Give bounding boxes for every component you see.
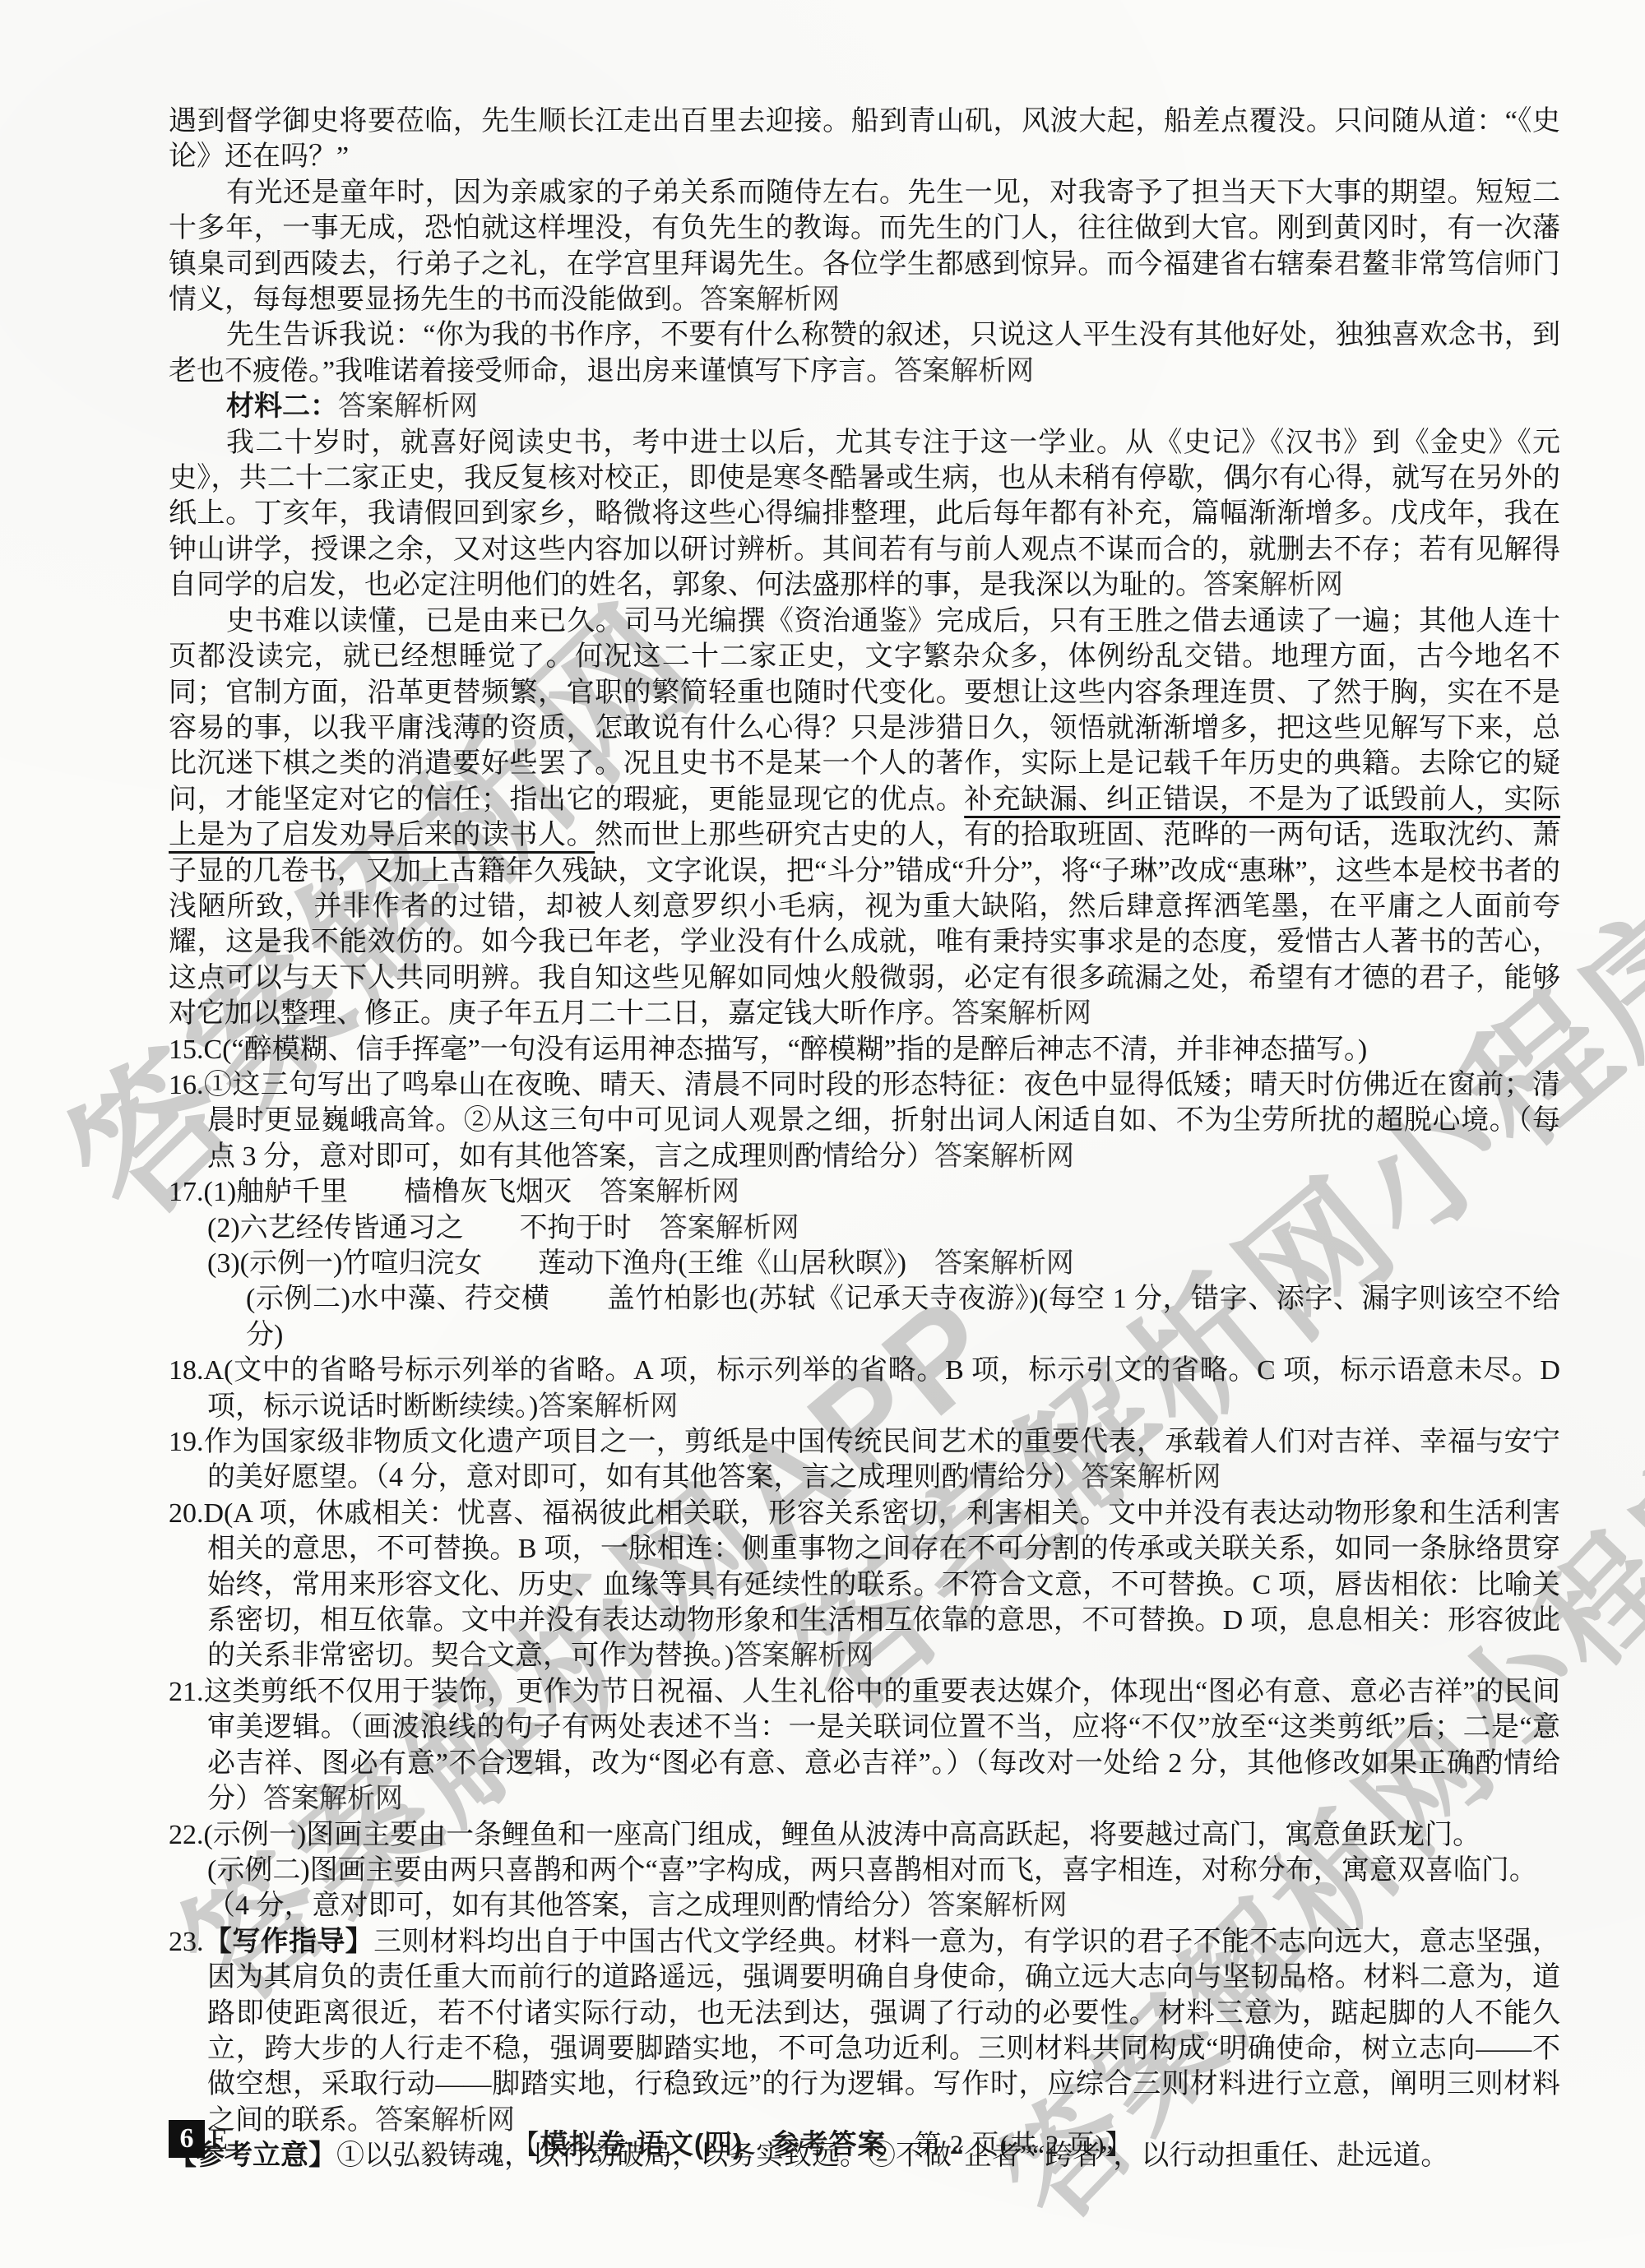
- inline-watermark-stamp: 答案解析网: [928, 1890, 1068, 1921]
- paragraph: 16.①这三句写出了鸣皋山在夜晚、晴天、清晨不同时段的形态特征：夜色中显得低矮；…: [169, 1067, 1560, 1174]
- paragraph: 材料二：答案解析网: [169, 389, 1560, 424]
- inline-watermark-stamp: 答案解析网: [660, 1212, 799, 1243]
- text-run: 17.(1)舳舻千里 樯橹灰飞烟灭: [169, 1177, 600, 1207]
- paragraph: 23.【写作指导】三则材料均出自于中国古代文学经典。材料一意为，有学识的君子不能…: [169, 1924, 1560, 2138]
- paragraph: 19.作为国家级非物质文化遗产项目之一，剪纸是中国传统民间艺术的重要代表，承载着…: [169, 1424, 1560, 1496]
- text-run: (3)(示例一)竹喧归浣女 莲动下渔舟(王维《山居秋暝》): [207, 1248, 934, 1279]
- inline-watermark-stamp: 答案解析网: [263, 1783, 403, 1814]
- inline-watermark-stamp: 答案解析网: [600, 1176, 739, 1207]
- paragraph: 有光还是童年时，因为亲戚家的子弟关系而随侍左右。先生一见，对我寄予了担当天下大事…: [169, 175, 1560, 318]
- text-run: (示例二)图画主要由两只喜鹊和两个“喜”字构成，两只喜鹊相对而飞，喜字相连，对称…: [207, 1855, 1537, 1886]
- text-run: 有光还是童年时，因为亲戚家的子弟关系而随侍左右。先生一见，对我寄予了担当天下大事…: [169, 178, 1560, 315]
- paragraph: 15.C(“醉模糊、信手挥毫”一句没有运用神态描写，“醉模糊”指的是醉后神志不清…: [169, 1032, 1560, 1067]
- document-body: 遇到督学御史将要莅临，先生顺长江走出百里去迎接。船到青山矶，风波大起，船差点覆没…: [169, 104, 1560, 2174]
- paragraph: (示例二)图画主要由两只喜鹊和两个“喜”字构成，两只喜鹊相对而飞，喜字相连，对称…: [169, 1853, 1560, 1888]
- inline-watermark-stamp: 答案解析网: [538, 1391, 678, 1422]
- paragraph: (3)(示例一)竹喧归浣女 莲动下渔舟(王维《山居秋暝》) 答案解析网: [169, 1246, 1560, 1281]
- text-run: 15.C(“醉模糊、信手挥毫”一句没有运用神态描写，“醉模糊”指的是醉后神志不清…: [169, 1034, 1367, 1065]
- text-run: 【写作指导】: [204, 1926, 374, 1957]
- inline-watermark-stamp: 答案解析网: [1082, 1461, 1221, 1493]
- inline-watermark-stamp: 答案解析网: [952, 997, 1091, 1029]
- footer-bracket-open: 【: [512, 2131, 540, 2160]
- paragraph: (示例二)水中藻、荇交横 盖竹柏影也(苏轼《记承天寺夜游》)(每空 1 分，错字…: [169, 1281, 1560, 1353]
- text-run: 材料二：: [226, 391, 338, 422]
- paragraph: 遇到督学御史将要莅临，先生顺长江走出百里去迎接。船到青山矶，风波大起，船差点覆没…: [169, 104, 1560, 175]
- paragraph: （4 分，意对即可，如有其他答案，言之成理则酌情给分）答案解析网: [169, 1888, 1560, 1923]
- page-footer: 6 E 【模拟卷·语文(四)参考答案第 2 页(共 2 页)】: [0, 2120, 1645, 2169]
- footer-page-number: 第 2 页(共 2 页): [914, 2131, 1105, 2160]
- text-run: 18.A(文中的省略号标示列举的省略。A 项，标示列举的省略。B 项，标示引文的…: [169, 1355, 1560, 1421]
- footer-title: 【模拟卷·语文(四)参考答案第 2 页(共 2 页)】: [0, 2122, 1645, 2162]
- text-run: 我二十岁时，就喜好阅读史书，考中进士以后，尤其专注于这一学业。从《史记》《汉书》…: [169, 428, 1560, 601]
- text-run: 遇到督学御史将要莅临，先生顺长江走出百里去迎接。船到青山矶，风波大起，船差点覆没…: [169, 106, 1560, 172]
- text-run: 16.①这三句写出了鸣皋山在夜晚、晴天、清晨不同时段的形态特征：夜色中显得低矮；…: [169, 1070, 1560, 1172]
- paragraph: 先生告诉我说：“你为我的书作序，不要有什么称赞的叙述，只说这人平生没有其他好处，…: [169, 317, 1560, 389]
- inline-watermark-stamp: 答案解析网: [1203, 569, 1343, 600]
- inline-watermark-stamp: 答案解析网: [734, 1640, 873, 1671]
- text-run: 19.作为国家级非物质文化遗产项目之一，剪纸是中国传统民间艺术的重要代表，承载着…: [169, 1427, 1560, 1493]
- paragraph: 18.A(文中的省略号标示列举的省略。A 项，标示列举的省略。B 项，标示引文的…: [169, 1353, 1560, 1424]
- text-run: 先生告诉我说：“你为我的书作序，不要有什么称赞的叙述，只说这人平生没有其他好处，…: [169, 320, 1560, 386]
- paragraph: 20.D(A 项，休戚相关：忧喜、福祸彼此相关联，形容关系密切，利害相关。文中并…: [169, 1496, 1560, 1674]
- text-run: 23.: [169, 1927, 204, 1957]
- inline-watermark-stamp: 答案解析网: [934, 1141, 1074, 1172]
- paragraph: 史书难以读懂，已是由来已久。司马光编撰《资治通鉴》完成后，只有王胜之借去通读了一…: [169, 604, 1560, 1032]
- footer-answer-label: 参考答案: [771, 2129, 886, 2160]
- inline-watermark-stamp: 答案解析网: [700, 284, 840, 315]
- paragraph: 22.(示例一)图画主要由一条鲤鱼和一座高门组成，鲤鱼从波涛中高高跃起，将要越过…: [169, 1817, 1560, 1853]
- inline-watermark-stamp: 答案解析网: [894, 355, 1034, 386]
- inline-watermark-stamp: 答案解析网: [338, 391, 478, 422]
- text-run: 史书难以读懂，已是由来已久。司马光编撰《资治通鉴》完成后，只有王胜之借去通读了一…: [169, 606, 1560, 815]
- scanned-answer-sheet-page: 答案解析网答案解析网APP答案解析网小程序答案解析网小程序 遇到督学御史将要莅临…: [0, 0, 1645, 2268]
- text-run: 然而世上那些研究古史的人，有的拾取班固、范晔的一两句话，选取沈约、萧子显的几卷书…: [169, 820, 1560, 1029]
- paragraph: 17.(1)舳舻千里 樯橹灰飞烟灭 答案解析网: [169, 1174, 1560, 1210]
- text-run: （4 分，意对即可，如有其他答案，言之成理则酌情给分）: [207, 1891, 928, 1921]
- paragraph: 21.这类剪纸不仅用于装饰，更作为节日祝福、人生礼俗中的重要表达媒介，体现出“图…: [169, 1674, 1560, 1817]
- text-run: 22.(示例一)图画主要由一条鲤鱼和一座高门组成，鲤鱼从波涛中高高跃起，将要越过…: [169, 1820, 1480, 1850]
- footer-paper-title: 模拟卷·语文(四): [540, 2129, 744, 2160]
- text-run: (示例二)水中藻、荇交横 盖竹柏影也(苏轼《记承天寺夜游》)(每空 1 分，错字…: [246, 1284, 1560, 1349]
- paragraph: (2)六艺经传皆通习之 不拘于时 答案解析网: [169, 1210, 1560, 1246]
- footer-bracket-close: 】: [1105, 2131, 1133, 2160]
- paragraph: 我二十岁时，就喜好阅读史书，考中进士以后，尤其专注于这一学业。从《史记》《汉书》…: [169, 425, 1560, 604]
- inline-watermark-stamp: 答案解析网: [934, 1247, 1074, 1279]
- text-run: (2)六艺经传皆通习之 不拘于时: [207, 1213, 660, 1243]
